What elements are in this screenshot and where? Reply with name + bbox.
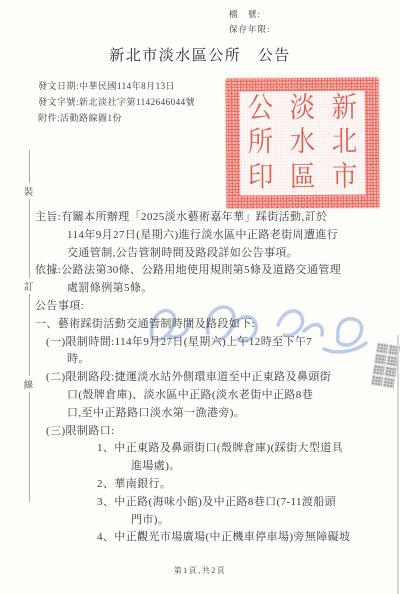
body-line: 處罰條例第5條。 [67,280,385,298]
seal-character: 印 [248,164,274,193]
scan-edge-artifact [397,335,399,594]
seal-character: 水 [290,129,316,158]
body-line: 交通管制,公告管制時間及路段詳如公告事項。 [67,245,385,263]
body-line: 114年9月27日(星期六)進行淡水區中正路老街周遭進行 [67,227,385,245]
seal-inscription: 公 淡 新 所 水 北 印 區 市 [240,91,366,196]
seal-character: 公 [248,94,274,123]
page-number: 第1頁,共2頁 [0,565,400,576]
binding-line [29,150,30,502]
body-line: (一)限制時間:114年9月27日(星期六)上午12時至下午7 [46,334,385,352]
seal-character: 區 [290,163,316,192]
seal-character: 淡 [289,94,315,123]
body-line: 口,至中正路路口淡水第一漁港旁)。 [67,405,385,423]
issue-date: 發文日期:中華民國114年8月13日 [38,78,195,94]
official-red-seal: 公 淡 新 所 水 北 印 區 市 [226,77,380,208]
body-line: 一、藝術踩街活動交通管制時間及路段如下: [35,316,385,334]
retention-period-label: 保存年限: [229,22,270,37]
seal-character: 新 [331,94,357,123]
seal-character: 北 [331,128,357,157]
doc-number: 發文字號:新北淡社字第1142646044號 [38,94,195,110]
attachment-note: 附件:活動路線圖1份 [38,110,195,126]
body-line: 3、中正路(海味小館)及中正路8巷口(7-11渡船頭 [97,494,385,512]
body-line: 主旨:有關本所辦理「2025淡水藝術嘉年華」踩街活動,訂於 [35,209,385,227]
body-line: 門市)。 [131,512,385,530]
binding-mark-zhuang: 裝 [21,183,37,199]
body-line: (二)限制路段:捷運淡水站外側環車道至中正東路及鼻頭街 [46,369,385,387]
body-line: 2、華南銀行。 [97,476,385,494]
body-line: 時。 [67,351,385,369]
body-line: 公告事項: [35,298,385,316]
seal-character: 所 [248,129,274,158]
file-number-label: 檔 號: [229,7,270,22]
scanned-official-announcement: 檔 號: 保存年限: 新北市淡水區公所 公告 發文日期:中華民國114年8月13… [0,0,400,594]
body-line: 口(殼牌倉庫)、淡水區中正路(淡水老街中正路8巷 [67,387,385,405]
body-line: (三)限制路口: [46,423,385,441]
body-line: 進場處)。 [131,458,385,476]
body-line: 4、中正觀光市場廣場(中正機車停車場)旁無障礙坡 [97,529,385,547]
announcement-body: 主旨:有關本所辦理「2025淡水藝術嘉年華」踩街活動,訂於 114年9月27日(… [35,209,385,547]
body-line: 1、中正東路及鼻頭街口(殼牌倉庫)(踩街大型道具 [97,440,385,458]
seal-character: 市 [332,163,358,192]
archive-block: 檔 號: 保存年限: [229,7,270,36]
page-title: 新北市淡水區公所 公告 [0,44,400,65]
body-line: 依據:公路法第30條、公路用地使用規則第5條及道路交通管理 [35,262,385,280]
issuance-meta: 發文日期:中華民國114年8月13日 發文字號:新北淡社字第1142646044… [38,78,195,126]
